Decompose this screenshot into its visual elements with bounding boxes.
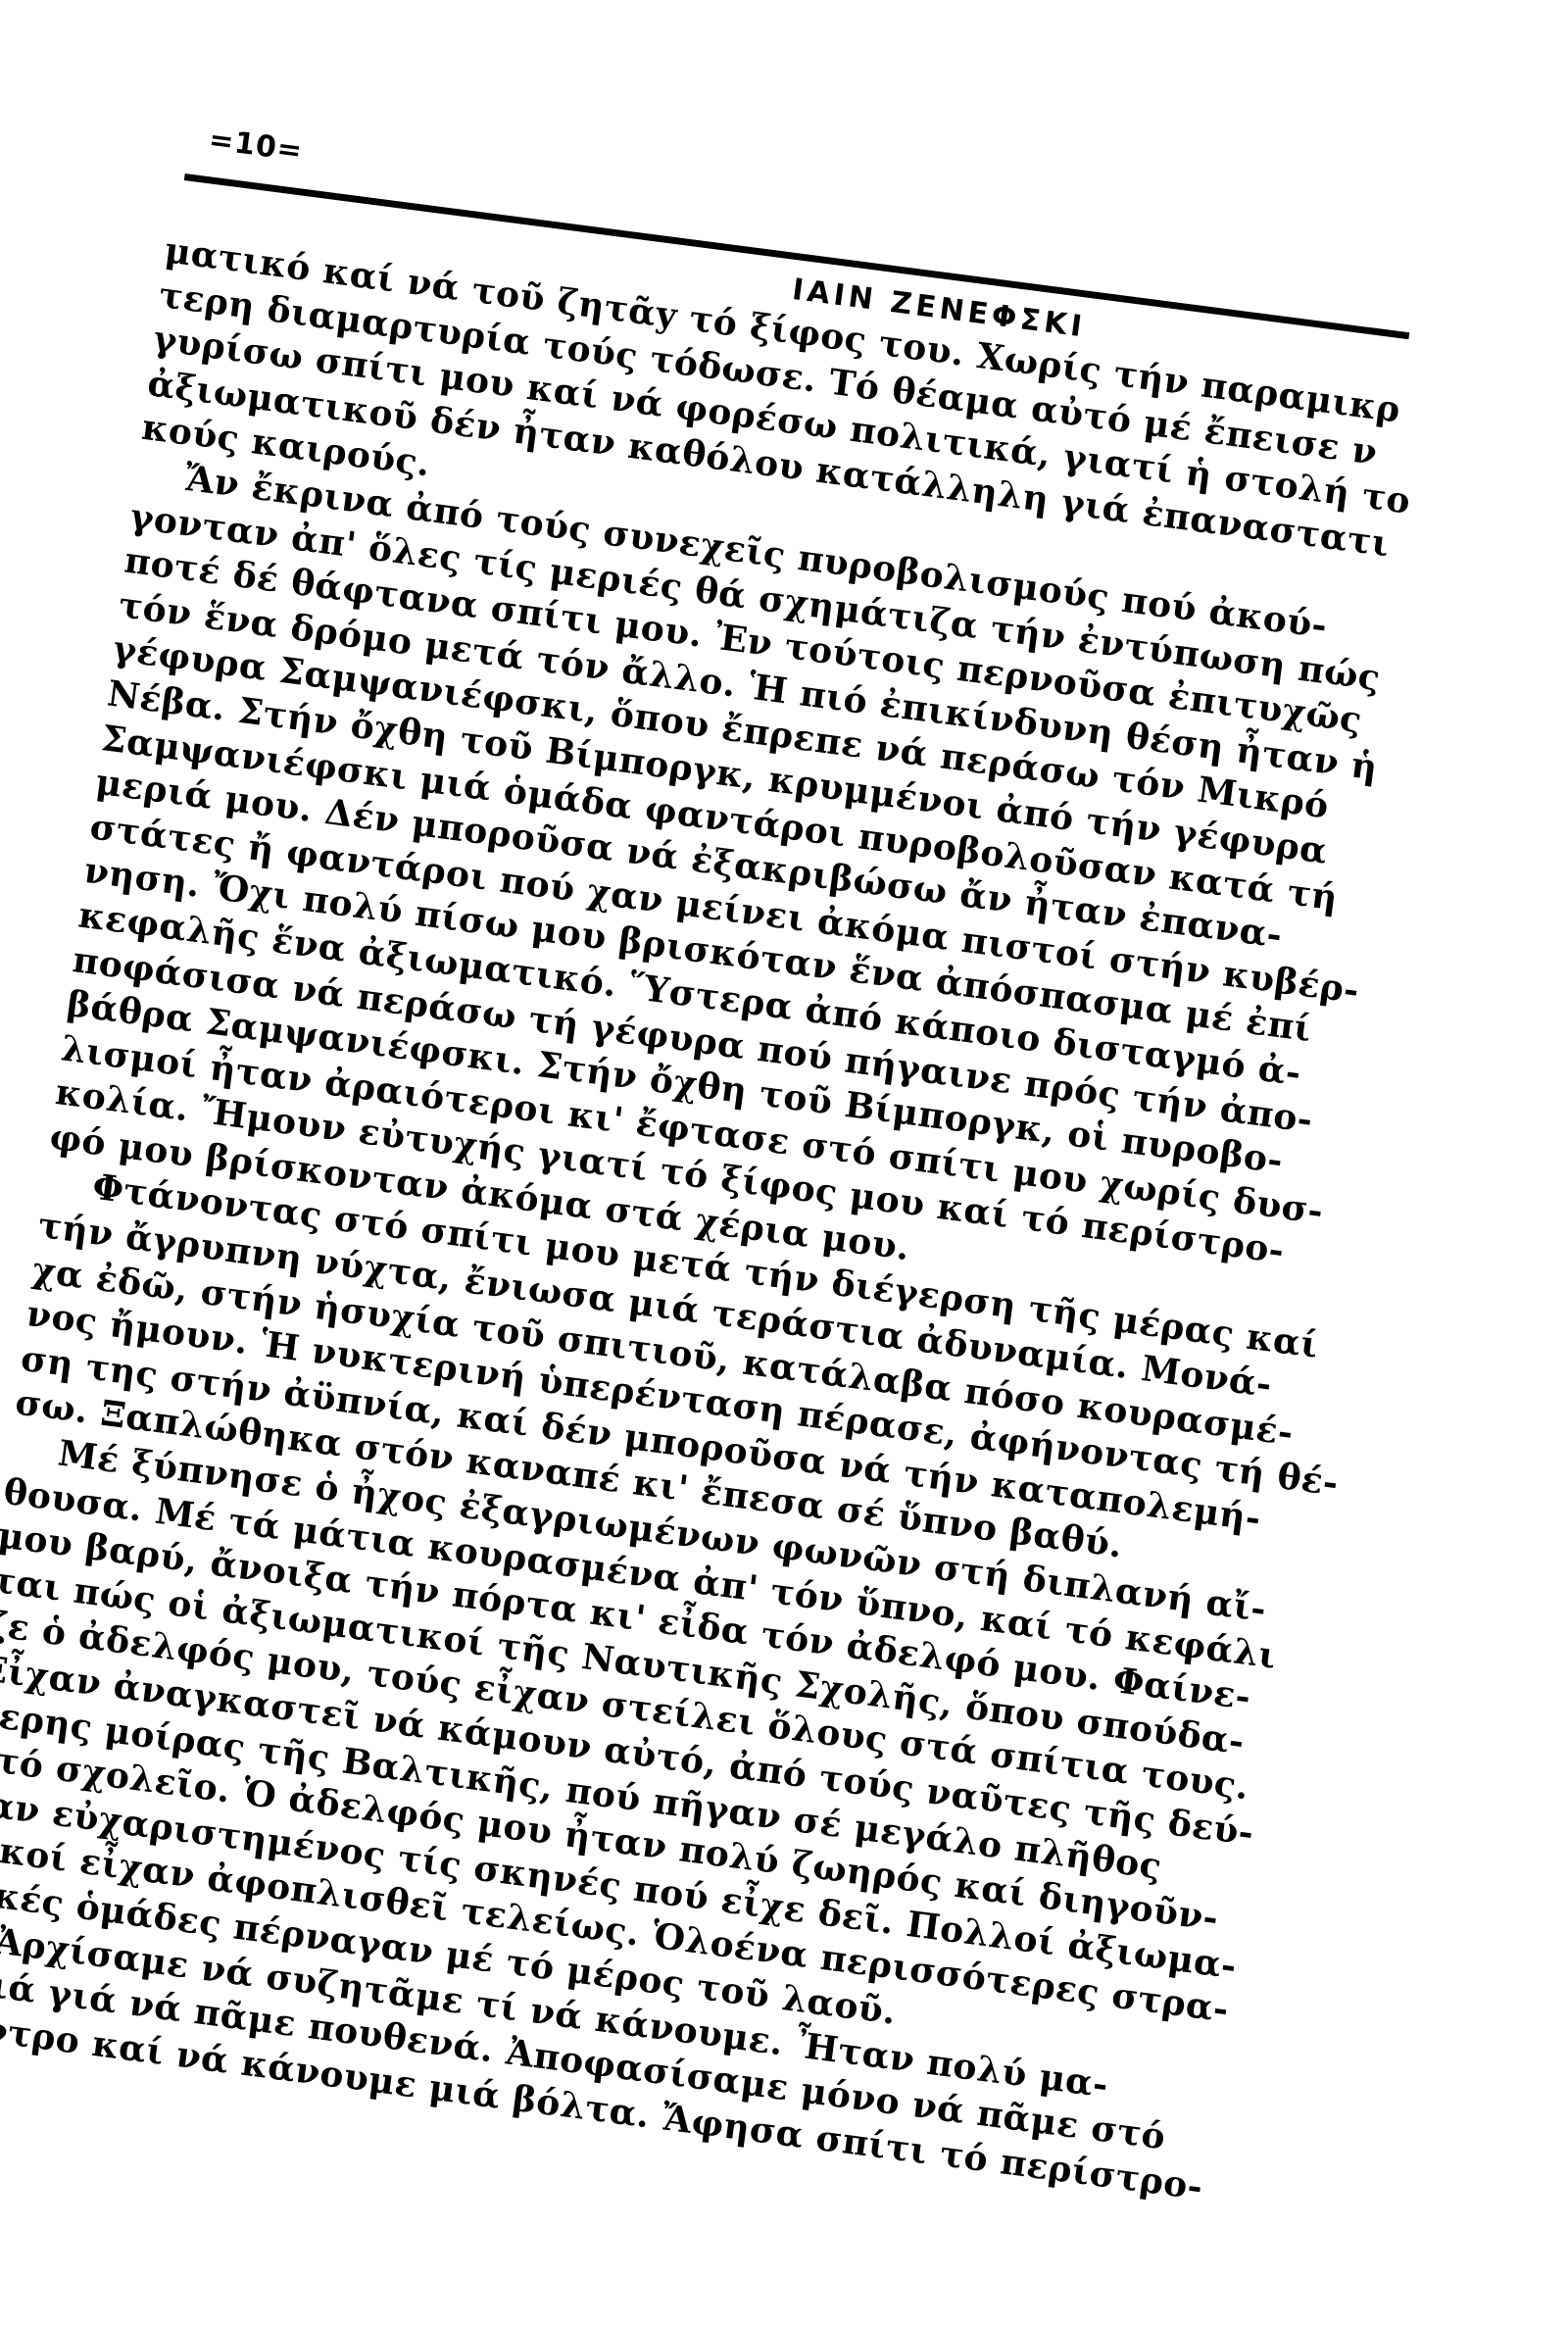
body-text: ματικό καί νά τοῦ ζητᾶy τό ξίφος του. Χω… xyxy=(0,228,1363,2201)
page-number: =10= xyxy=(207,123,305,169)
book-page: =10= ΙΑΙΝ ΖΕΝΕΦΣΚΙ ματικό καί νά τοῦ ζητ… xyxy=(211,127,1426,285)
